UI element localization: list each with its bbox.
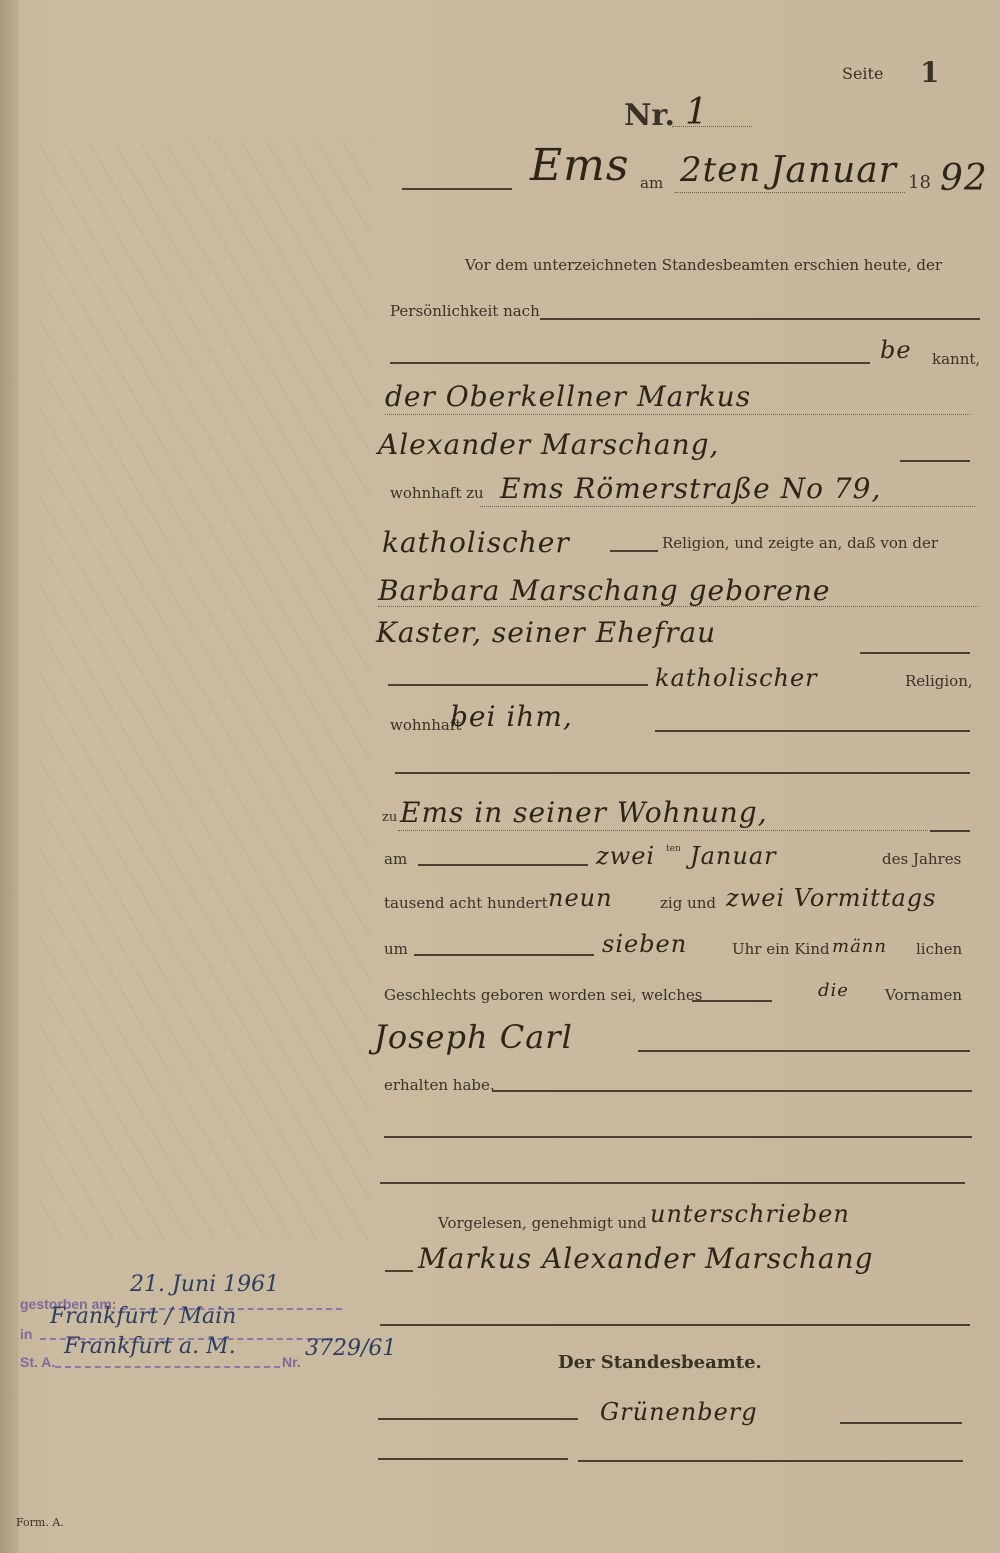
names-label: Vornamen <box>885 986 962 1004</box>
hour-label: Uhr ein Kind <box>732 940 830 958</box>
official-rule-left <box>378 1418 578 1420</box>
declarant-signature: Markus Alexander Marschang <box>418 1242 874 1275</box>
time-value: sieben <box>602 930 687 958</box>
names-rule <box>692 1000 772 1002</box>
blank-rule-2 <box>384 1136 972 1138</box>
stamp-number-label: Nr. <box>282 1354 301 1370</box>
am-label: am <box>640 174 663 192</box>
known-hand: be <box>880 336 912 364</box>
page-number: 1 <box>920 56 939 89</box>
religion-rule <box>610 550 658 552</box>
decade-value: neun <box>548 884 613 912</box>
place-rule <box>402 188 512 190</box>
read-value: unterschrieben <box>650 1200 850 1228</box>
official-title: Der Standesbeamte. <box>558 1352 762 1373</box>
given-names-rule <box>638 1050 970 1052</box>
date-day: 2ten <box>680 150 761 190</box>
page-binding <box>0 0 18 1553</box>
mother-residence-rule <box>655 730 970 732</box>
mother-religion-value: katholischer <box>655 664 818 692</box>
time-rule <box>414 954 594 956</box>
entry-number-line <box>672 126 752 127</box>
intro-text: Vor dem unterzeichneten Standesbeamten e… <box>465 256 942 274</box>
birthplace-label: zu <box>382 810 397 825</box>
mother-line2-rule <box>860 652 970 654</box>
known-label: kannt, <box>932 350 980 368</box>
read-label: Vorgelesen, genehmigt und <box>438 1214 647 1232</box>
year-label: des Jahres <box>882 850 961 868</box>
blank-rule-3 <box>380 1182 965 1184</box>
declarant-line2: Alexander Marschang, <box>378 428 719 461</box>
stamp-in-label: in <box>20 1326 32 1342</box>
mother-religion-label: Religion, <box>905 672 973 690</box>
sex-value: männ <box>832 936 887 957</box>
form-label: Form. A. <box>16 1516 64 1529</box>
official-rule-bottom-left <box>378 1458 568 1460</box>
given-names: Joseph Carl <box>374 1018 573 1056</box>
place-value: Ems <box>530 140 629 191</box>
mother-line1-rule <box>378 606 978 607</box>
stamp-registry-value: Frankfurt a. M. <box>64 1334 236 1359</box>
register-page: Seite 1 Nr. 1 Ems am 2ten Januar 18 92 V… <box>0 0 1000 1553</box>
residence-rule <box>480 506 975 507</box>
known-line <box>390 362 870 364</box>
mother-line2: Kaster, seiner Ehefrau <box>376 616 716 649</box>
unit-value: zwei Vormittags <box>726 884 936 912</box>
birthplace-value: Ems in seiner Wohnung, <box>400 796 768 829</box>
sex-suffix: lichen <box>916 940 962 958</box>
page-label: Seite <box>842 64 883 83</box>
received-label: erhalten habe. <box>384 1076 495 1094</box>
birth-month: Januar <box>690 842 777 870</box>
birthplace-rule <box>398 830 928 831</box>
stamp-died-value: 21. Juni 1961 <box>130 1272 279 1297</box>
date-line <box>675 192 905 193</box>
birth-day-suffix: ten <box>666 844 681 854</box>
religion-value: katholischer <box>382 526 570 559</box>
decade-suffix: zig und <box>660 894 716 912</box>
personality-label: Persönlichkeit nach <box>390 302 540 320</box>
official-signature: Grünenberg <box>600 1398 758 1426</box>
stamp-registry-label: St. A. <box>20 1354 55 1370</box>
declarant-line1-rule <box>385 414 970 415</box>
year-suffix: 92 <box>940 158 988 199</box>
official-rule-right <box>840 1422 962 1424</box>
signature-rule <box>380 1324 970 1326</box>
blank-rule <box>395 772 970 774</box>
stamp-registry-rule <box>55 1366 280 1368</box>
ink-bleed-through <box>40 140 370 1240</box>
entry-label: Nr. <box>624 98 675 133</box>
stamp-in-value: Frankfurt / Main <box>50 1304 236 1329</box>
time-label: um <box>384 940 408 958</box>
stamp-number-value: 3729/61 <box>305 1336 396 1361</box>
mother-religion-rule <box>388 684 648 686</box>
mother-residence-value: bei ihm, <box>450 700 573 733</box>
official-rule-bottom-right <box>578 1460 963 1462</box>
year-prefix: 18 <box>908 172 931 193</box>
religion-label: Religion, und zeigte an, daß von der <box>662 534 938 552</box>
year-text-label: tausend acht hundert <box>384 894 548 912</box>
names-hand: die <box>818 980 849 1001</box>
signature-lead-rule <box>385 1270 413 1272</box>
date-label: am <box>384 850 407 868</box>
sex-line-label: Geschlechts geboren worden sei, welches <box>384 986 702 1004</box>
residence-label: wohnhaft zu <box>390 484 484 502</box>
date-month: Januar <box>770 150 897 191</box>
birthplace-end-rule <box>930 830 970 832</box>
declarant-line1: der Oberkellner Markus <box>385 380 751 413</box>
personality-line <box>540 318 980 320</box>
residence-value: Ems Römerstraße No 79, <box>500 472 881 505</box>
received-rule <box>492 1090 972 1092</box>
declarant-line2-rule <box>900 460 970 462</box>
mother-line1: Barbara Marschang geborene <box>378 574 830 607</box>
birth-day: zwei <box>596 842 655 870</box>
date-rule <box>418 864 588 866</box>
